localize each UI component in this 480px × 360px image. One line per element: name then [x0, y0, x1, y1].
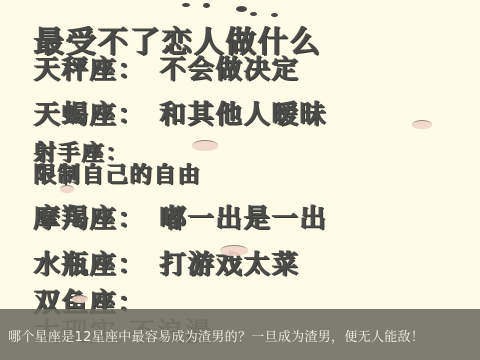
poster-image: 最受不了恋人做什么 天秤座：不会做决定 天蝎座：和其他人暧昧 射手座： 限制自己… — [0, 0, 480, 360]
entry-libra: 天秤座：不会做决定 — [34, 55, 300, 85]
heart-decoration-icon — [271, 13, 278, 17]
petal-decoration-icon — [72, 295, 88, 303]
trait: 嘟一出是一出 — [160, 204, 328, 234]
heart-decoration-icon — [203, 3, 210, 8]
colon: ： — [118, 100, 146, 130]
entry-aquarius: 水瓶座：打游戏太菜 — [34, 250, 300, 280]
petal-decoration-icon — [60, 185, 74, 193]
colon: ： — [118, 204, 146, 234]
entry-sagittarius-trait: 限制自己的自由 — [34, 164, 202, 188]
trait: 限制自己的自由 — [34, 163, 202, 188]
heart-decoration-icon — [236, 6, 247, 12]
trait: 和其他人暧昧 — [160, 100, 328, 130]
entry-capricorn: 摩羯座：嘟一出是一出 — [34, 204, 328, 234]
colon: ： — [118, 250, 146, 280]
sign-name: 摩羯座 — [34, 204, 118, 234]
colon: ： — [118, 55, 146, 85]
caption-text: 哪个星座是12星座中最容易成为渣男的？一旦成为渣男，便无人能敌！ — [8, 326, 424, 345]
petal-decoration-icon — [220, 245, 248, 256]
sign-name: 天秤座 — [34, 55, 118, 85]
petal-decoration-icon — [412, 120, 432, 129]
heart-decoration-icon — [250, 12, 257, 16]
sign-name: 天蝎座 — [34, 100, 118, 130]
heart-decoration-icon — [182, 3, 190, 7]
trait: 不会做决定 — [160, 55, 300, 85]
sign-name: 水瓶座 — [34, 250, 118, 280]
petal-decoration-icon — [192, 140, 218, 151]
entry-scorpio: 天蝎座：和其他人暧昧 — [34, 100, 328, 130]
caption-bar: 哪个星座是12星座中最容易成为渣男的？一旦成为渣男，便无人能敌！ — [0, 309, 480, 360]
